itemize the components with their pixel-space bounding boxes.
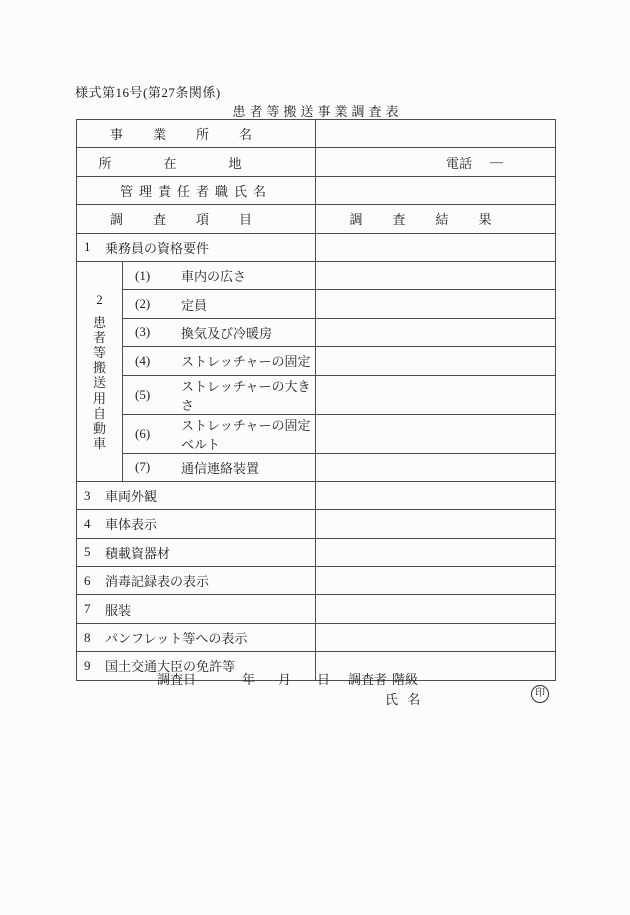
address-label: 所在地 [77,148,316,176]
item-number: 6 [84,573,98,589]
result-cell-2-4 [316,347,556,375]
result-cell-8 [316,623,556,651]
subitem-row-2: (2) 定員 [77,290,556,318]
office-name-row: 事業所名 [77,120,556,148]
item-label: パンフレット等への表示 [105,628,247,647]
subitem-number: (4) [135,353,159,369]
result-cell-2-6 [316,414,556,453]
vehicle-group-cell: 2 患者等搬送用自動車 [77,261,123,481]
item-row-7: 7 服装 [77,595,556,623]
address-row: 所在地 電話 — [77,148,556,176]
result-cell-5 [316,538,556,566]
subitem-row-5: (5) ストレッチャーの大きさ [77,375,556,414]
subitem-label: 車内の広さ [181,266,246,285]
address-value-cell: 電話 — [316,148,556,176]
subitem-number: (5) [135,387,159,403]
item-row-8: 8 パンフレット等への表示 [77,623,556,651]
result-cell-6 [316,567,556,595]
manager-label: 管理責任者職氏名 [77,176,316,204]
page-title: 患者等搬送事業調査表 [76,101,555,120]
subitem-label: ストレッチャーの固定 [181,351,310,370]
subitem-row-7: (7) 通信連絡装置 [77,453,556,481]
result-cell-1 [316,233,556,261]
subitem-number: (6) [135,426,159,442]
subitem-row-6: (6) ストレッチャーの固定ベルト [77,414,556,453]
item-row-1: 1 乗務員の資格要件 [77,233,556,261]
phone-dash: — [490,154,503,170]
item-number: 9 [84,658,98,674]
item-row-9: 9 国土交通大臣の免許等 [77,652,556,680]
result-cell-2-7 [316,453,556,481]
item-label: 積載資器材 [105,543,170,562]
item-row-6: 6 消毒記録表の表示 [77,567,556,595]
result-cell-7 [316,595,556,623]
result-cell-2-2 [316,290,556,318]
surveyor-label: 調査者 [348,669,387,688]
item-number: 4 [84,516,98,532]
subitem-number: (1) [135,268,159,284]
item-label: 消毒記録表の表示 [105,571,209,590]
item-label: 乗務員の資格要件 [105,238,209,257]
manager-row: 管理責任者職氏名 [77,176,556,204]
subitem-row-4: (4) ストレッチャーの固定 [77,347,556,375]
manager-value-cell [316,176,556,204]
subitem-label: 通信連絡装置 [181,458,259,477]
item-number: 8 [84,630,98,646]
subitem-number: (7) [135,459,159,475]
vehicle-group-vertical-label: 患者等搬送用自動車 [92,315,108,452]
item-label: 服装 [105,600,131,619]
subitem-label: 定員 [181,295,207,314]
result-cell-4 [316,510,556,538]
item-label: 車体表示 [105,514,157,533]
item-row-3: 3 車両外観 [77,481,556,509]
subitem-label: ストレッチャーの大きさ [181,376,315,414]
item-number: 5 [84,544,98,560]
name-label: 氏 名 [385,689,420,708]
subitem-label: ストレッチャーの固定ベルト [181,415,315,453]
month-label: 月 [278,669,291,688]
survey-date-label: 調査日 [157,669,196,688]
subitem-row-1: 2 患者等搬送用自動車 (1) 車内の広さ [77,261,556,289]
office-name-label: 事業所名 [77,120,316,148]
subitem-number: (2) [135,296,159,312]
survey-table: 事業所名 所在地 電話 — 管理責任者職氏名 調査項目 調査結果 1 乗務員の資… [76,119,556,681]
survey-result-header: 調査結果 [316,205,556,233]
seal-stamp-icon: 印 [531,685,549,703]
item-row-4: 4 車体表示 [77,510,556,538]
item-row-5: 5 積載資器材 [77,538,556,566]
phone-label: 電話 [446,153,472,172]
result-cell-2-1 [316,261,556,289]
item-number: 1 [84,239,98,255]
survey-item-header: 調査項目 [77,205,316,233]
item-number: 7 [84,601,98,617]
vehicle-group-number: 2 [77,292,122,308]
item-number: 3 [84,488,98,504]
result-cell-3 [316,481,556,509]
item-label: 車両外観 [105,486,157,505]
subitem-label: 換気及び冷暖房 [181,323,272,342]
result-cell-2-3 [316,318,556,346]
day-label: 日 [317,669,330,688]
year-label: 年 [242,669,255,688]
column-header-row: 調査項目 調査結果 [77,205,556,233]
subitem-number: (3) [135,324,159,340]
subitem-row-3: (3) 換気及び冷暖房 [77,318,556,346]
rank-label: 階級 [392,669,418,688]
result-cell-2-5 [316,375,556,414]
form-number: 様式第16号(第27条関係) [75,82,221,101]
office-name-value-cell [316,120,556,148]
